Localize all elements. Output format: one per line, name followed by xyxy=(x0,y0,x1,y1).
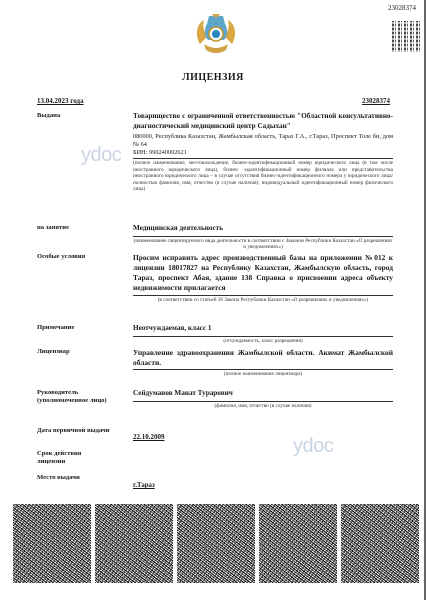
head-label-line1: Руководитель xyxy=(37,389,107,397)
issued-to-name: Товарищество с ограниченной ответственно… xyxy=(133,112,393,131)
state-emblem-icon xyxy=(192,10,240,58)
special-conditions-label: Особые условия xyxy=(37,253,85,261)
page-title: ЛИЦЕНЗИЯ xyxy=(0,72,426,83)
2d-barcode-icon xyxy=(95,504,173,583)
place-value: г.Тараз xyxy=(133,482,155,489)
2d-barcode-icon xyxy=(341,504,419,583)
head-label-line2: (уполномоченное лицо) xyxy=(37,397,107,405)
document-number-top: 23028374 xyxy=(388,4,416,12)
licensor-hint: (полное наименование лицензиара) xyxy=(133,370,393,377)
issued-to-bin: БИН: 990240002621 xyxy=(133,149,393,157)
first-issue-value: 22.10.2009 xyxy=(133,433,165,441)
licensor-label: Лицензиар xyxy=(37,348,70,356)
special-conditions-value: Просим исправить адрес производственный … xyxy=(133,253,393,293)
2d-barcode-icon xyxy=(177,504,255,583)
validity-label: Срок действия лицензии xyxy=(37,450,81,466)
head-value: Сейдуманов Манат Турарович xyxy=(133,389,393,399)
license-number: 23028374 xyxy=(362,97,390,105)
issued-to-address: 080000, Республика Казахстан, Жамбылская… xyxy=(133,133,393,149)
validity-label-line2: лицензии xyxy=(37,458,81,466)
activity-value: Медицинская деятельность xyxy=(133,224,393,234)
note-hint: (отчуждаемость, класс разрешения) xyxy=(133,337,393,344)
qr-code-icon xyxy=(392,21,420,52)
first-issue-label: Дата первичной выдачи xyxy=(37,427,110,435)
licensor-value: Управление здравоохранения Жамбылской об… xyxy=(133,348,393,367)
special-conditions-hint: (в соответствии со статьей 36 Закона Рес… xyxy=(133,296,393,303)
2d-barcode-icon xyxy=(259,504,337,583)
license-document: 23028374 ЛИЦЕНЗИЯ 13.04.2023 года 230283… xyxy=(0,0,426,600)
activity-label: на занятие xyxy=(37,224,69,232)
note-value: Неотчуждаемая, класс 1 xyxy=(133,324,393,334)
head-hint: (фамилия, имя, отчество (в случае наличи… xyxy=(133,402,393,409)
note-label: Примечание xyxy=(37,324,74,332)
2d-barcode-icon xyxy=(13,504,91,583)
issued-to-label: Выдана xyxy=(37,112,60,120)
head-label: Руководитель (уполномоченное лицо) xyxy=(37,389,107,405)
activity-hint: (наименование лицензируемого вида деятел… xyxy=(133,237,393,251)
validity-label-line1: Срок действия xyxy=(37,450,81,458)
place-label: Место выдачи xyxy=(37,474,80,482)
issue-date: 13.04.2023 года xyxy=(37,97,84,105)
barcode-strip xyxy=(13,504,426,583)
watermark: ydoc xyxy=(81,144,121,167)
issued-to-hint: (полное наименование, местонахождение, б… xyxy=(133,159,393,192)
watermark: ydoc xyxy=(293,435,333,458)
